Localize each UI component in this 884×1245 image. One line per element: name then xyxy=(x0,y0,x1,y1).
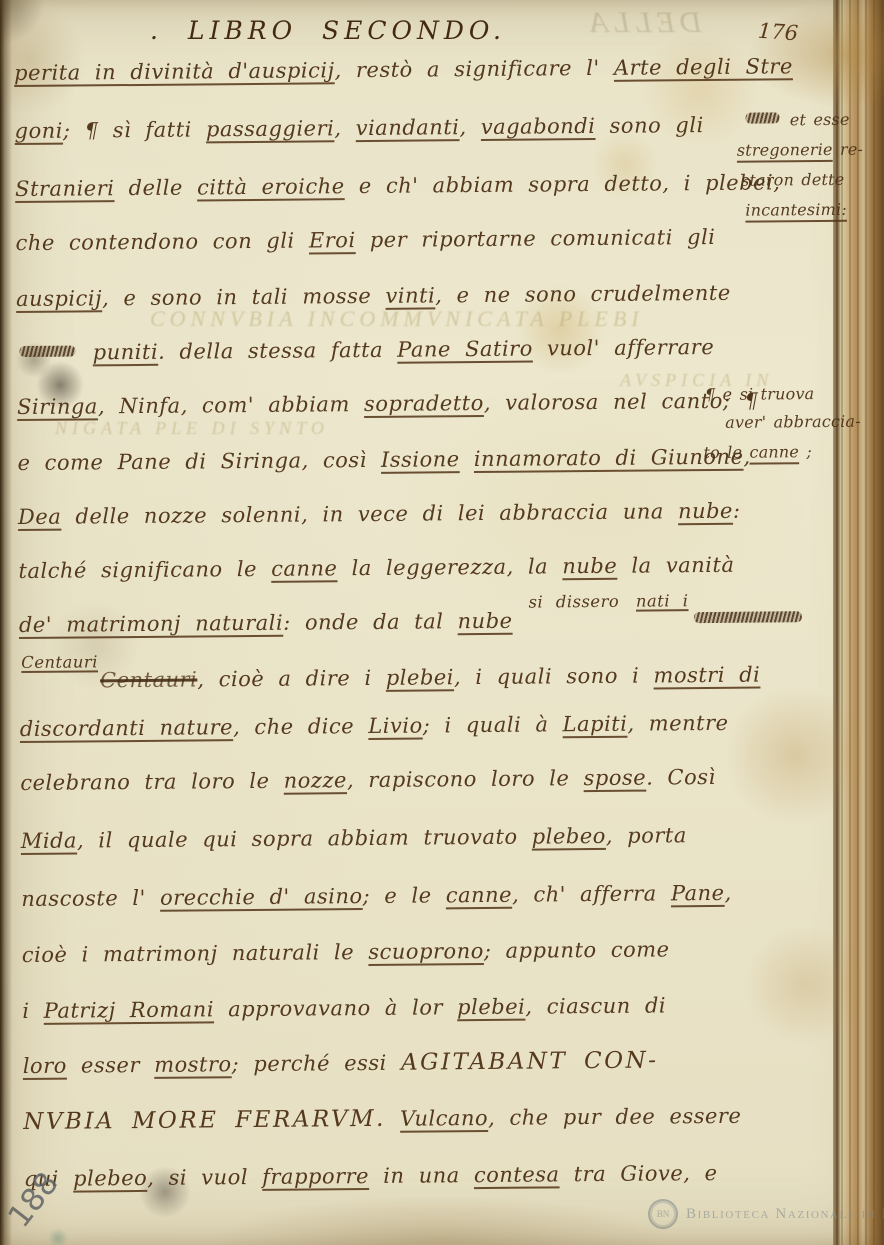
margin-note-line: incantesimi: xyxy=(745,201,847,219)
margin-note-line: aver' abbraccia- xyxy=(725,413,861,432)
text-segment: . della stessa fatta xyxy=(158,338,397,364)
text-segment: ; appunto come xyxy=(484,937,670,963)
text-segment: ; xyxy=(799,442,812,461)
text-segment: Pane Satiro xyxy=(397,337,533,362)
text-segment: , xyxy=(724,881,731,905)
text-segment: canne xyxy=(271,556,337,581)
inked-out-deletion xyxy=(694,611,802,623)
text-segment: nati i xyxy=(636,591,689,610)
text-segment: Dea xyxy=(18,505,62,529)
text-segment: scuoprono xyxy=(368,939,484,964)
text-segment: orecchie d' asino xyxy=(160,884,363,910)
text-segment: ¶ e si truova xyxy=(705,384,815,404)
text-segment: ; e le xyxy=(362,883,445,908)
text-segment: cioè i matrimonj naturali le xyxy=(22,940,369,967)
manuscript-line: Mida, il quale qui sopra abbiam truovato… xyxy=(21,824,687,853)
text-segment: , restò a significare l' xyxy=(334,56,614,82)
text-segment: , e ne sono crudelmente xyxy=(435,281,731,308)
text-segment: mostro xyxy=(154,1052,232,1077)
text-segment: nozze xyxy=(284,768,347,793)
text-segment: , xyxy=(459,115,481,139)
text-segment: delle nozze solenni, in vece di lei abbr… xyxy=(61,499,678,528)
margin-note-line: ¶ e si truova xyxy=(705,385,815,404)
text-segment: viandanti xyxy=(356,115,460,140)
text-segment: , che pur dee essere xyxy=(488,1104,741,1130)
text-segment: Livio xyxy=(368,714,423,738)
text-segment: Siringa xyxy=(17,394,98,419)
text-segment: , porta xyxy=(606,823,687,848)
text-segment xyxy=(386,1107,400,1131)
inked-out-deletion xyxy=(745,112,779,123)
text-segment: Centauri xyxy=(100,667,197,692)
text-segment: Arte degli Stre xyxy=(614,54,793,80)
text-segment: , Ninfa, com' abbiam xyxy=(98,392,364,418)
text-segment: passaggieri xyxy=(206,116,335,141)
text-segment: ; perché essi xyxy=(231,1051,401,1076)
text-segment: plebei xyxy=(457,995,525,1020)
text-segment: città eroiche xyxy=(197,174,345,199)
text-segment xyxy=(78,340,92,364)
text-segment: spose xyxy=(583,766,646,791)
text-segment: loro xyxy=(23,1054,67,1078)
text-segment: perita in divinità d'auspicij xyxy=(14,58,335,85)
manuscript-line: goni; ¶ sì fatti passaggieri, viandanti,… xyxy=(15,114,704,143)
text-segment: , si vuol xyxy=(147,1165,262,1190)
text-segment: ; i quali à xyxy=(423,712,563,737)
manuscript-line: auspicij, e sono in tali mosse vinti, e … xyxy=(16,282,731,311)
text-segment: frapporre xyxy=(262,1164,369,1189)
text-segment: si dissero xyxy=(528,592,632,612)
inked-out-deletion xyxy=(19,346,75,357)
text-segment: discordanti nature xyxy=(20,715,233,741)
text-segment: nascoste l' xyxy=(21,886,160,911)
text-segment: Centauri xyxy=(21,652,98,672)
manuscript-line: puniti. della stessa fatta Pane Satiro v… xyxy=(16,336,714,365)
text-segment: la vanità xyxy=(617,553,734,578)
text-segment: aver' abbraccia- xyxy=(725,412,861,432)
text-segment: i xyxy=(22,999,44,1023)
manuscript-line: discordanti nature, che dice Livio; i qu… xyxy=(20,712,729,741)
text-segment: staron dette xyxy=(741,170,844,190)
text-segment: , i quali sono i xyxy=(454,663,654,689)
text-segment: ; ¶ sì fatti xyxy=(63,117,206,142)
text-segment: esser xyxy=(67,1053,155,1078)
text-segment: in una xyxy=(369,1163,474,1188)
library-monogram-icon: BN xyxy=(648,1199,678,1229)
text-segment: canne xyxy=(446,883,512,908)
text-segment: auspicij xyxy=(16,286,102,311)
text-segment: celebrano tra loro le xyxy=(20,769,284,795)
manuscript-line: Stranieri delle città eroiche e ch' abbi… xyxy=(15,171,781,201)
manuscript-line: CentauriCentauri, cioè a dire i plebei, … xyxy=(19,664,760,694)
manuscript-line: che contendono con gli Eroi per riportar… xyxy=(16,226,716,255)
text-segment: plebeo xyxy=(73,1166,147,1191)
text-segment: , mentre xyxy=(627,711,728,736)
text-segment: contesa xyxy=(474,1162,560,1187)
manuscript-line: qui plebeo, si vuol frapporre in una con… xyxy=(24,1162,718,1191)
text-segment: , che dice xyxy=(233,714,368,739)
text-segment: , ch' afferra xyxy=(512,881,671,906)
text-segment: canne xyxy=(749,442,799,461)
text-segment: vuol' afferrare xyxy=(533,335,715,361)
text-segment: nube xyxy=(678,499,733,523)
text-segment: per riportarne comunicati gli xyxy=(356,225,716,252)
text-segment: vagabondi xyxy=(481,114,596,139)
text-segment: nube xyxy=(457,609,512,633)
text-segment: puniti xyxy=(93,340,159,365)
manuscript-line: loro esser mostro; perché essi AGITABANT… xyxy=(23,1048,659,1079)
text-segment: , e sono in tali mosse xyxy=(102,284,386,310)
manuscript-line: e come Pane di Siringa, così Issione inn… xyxy=(17,446,750,475)
text-segment: Mida xyxy=(21,829,77,853)
text-segment: , il quale qui sopra abbiam truovato xyxy=(77,825,532,853)
manuscript-line: perita in divinità d'auspicij, restò a s… xyxy=(14,55,793,85)
manuscript-line: cioè i matrimonj naturali le scuoprono; … xyxy=(22,938,670,967)
text-segment: de' matrimonj naturali xyxy=(19,611,283,637)
text-segment xyxy=(460,447,474,471)
text-segment: to le xyxy=(703,443,749,462)
margin-note-line: stregonerie re- xyxy=(737,141,863,160)
manuscript-line: talché significano le canne la leggerezz… xyxy=(18,554,734,583)
text-segment: vinti xyxy=(385,283,435,307)
stamp-text: Biblioteca Nazionale di Napoli xyxy=(686,1206,884,1223)
text-segment: e come Pane di Siringa, così xyxy=(17,448,381,475)
text-segment: sopradetto xyxy=(364,391,484,416)
text-segment: la leggerezza, la xyxy=(337,554,562,580)
text-segment: , ciascun di xyxy=(525,993,666,1018)
manuscript-line: nascoste l' orecchie d' asino; e le cann… xyxy=(21,882,732,911)
manuscript-line: NVBIA MORE FERARVM. Vulcano, che pur dee… xyxy=(23,1104,741,1136)
text-segment: , rapiscono loro le xyxy=(347,766,584,792)
text-segment: approvavano à lor xyxy=(214,995,457,1021)
manuscript-line: celebrano tra loro le nozze, rapiscono l… xyxy=(20,766,716,795)
manuscript-line: de' matrimonj naturali: onde da tal nube… xyxy=(19,607,805,637)
text-segment: e ch' abbiam sopra detto, i plebei, xyxy=(345,170,781,198)
manuscript-line: Dea delle nozze solenni, in vece di lei … xyxy=(18,500,741,529)
text-segment: Patrizj Romani xyxy=(44,997,214,1022)
text-segment: Eroi xyxy=(309,228,356,252)
text-segment: plebei xyxy=(386,665,454,690)
text-segment: NVBIA MORE FERARVM. xyxy=(23,1106,386,1135)
text-segment: : xyxy=(733,499,741,523)
margin-note-line: to le canne ; xyxy=(703,443,812,462)
text-segment: Issione xyxy=(381,447,460,472)
manuscript-line: i Patrizj Romani approvavano à lor plebe… xyxy=(22,994,666,1023)
margin-note-line: et esse xyxy=(742,111,849,130)
text-segment: Pane xyxy=(671,881,725,905)
text-segment: goni xyxy=(15,119,64,143)
text-segment: tra Giove, e xyxy=(559,1161,717,1186)
text-segment: et esse xyxy=(782,110,849,130)
text-segment: : onde da tal xyxy=(283,609,458,635)
text-segment xyxy=(512,609,526,633)
text-segment: stregonerie xyxy=(737,140,833,160)
text-segment: delle xyxy=(114,175,197,200)
manuscript-line: Siringa, Ninfa, com' abbiam sopradetto, … xyxy=(17,390,759,420)
text-segment: Stranieri xyxy=(15,176,115,201)
text-segment: sono gli xyxy=(595,113,704,138)
manuscript-page: DELLACONNVBIA INCOMMVNICATA PLEBIAVSPICI… xyxy=(0,0,884,1245)
text-segment: incantesimi: xyxy=(745,200,847,220)
text-segment: Vulcano xyxy=(400,1106,488,1131)
library-stamp: BN Biblioteca Nazionale di Napoli xyxy=(648,1199,884,1229)
text-segment: mostri di xyxy=(653,663,760,688)
text-segment: che contendono con gli xyxy=(15,228,308,255)
margin-note-line: staron dette xyxy=(741,171,844,189)
text-segment: Lapiti xyxy=(562,712,627,737)
text-segment: , cioè a dire i xyxy=(197,666,386,692)
manuscript-text: perita in divinità d'auspicij, restò a s… xyxy=(0,0,884,1245)
text-segment: plebeo xyxy=(532,824,606,849)
text-segment: , xyxy=(334,116,356,140)
text-segment: AGITABANT CON- xyxy=(401,1047,659,1075)
text-segment: talché significano le xyxy=(18,557,271,583)
text-segment: re- xyxy=(833,140,864,159)
text-segment: . Così xyxy=(646,765,716,790)
text-segment: nube xyxy=(562,554,617,578)
